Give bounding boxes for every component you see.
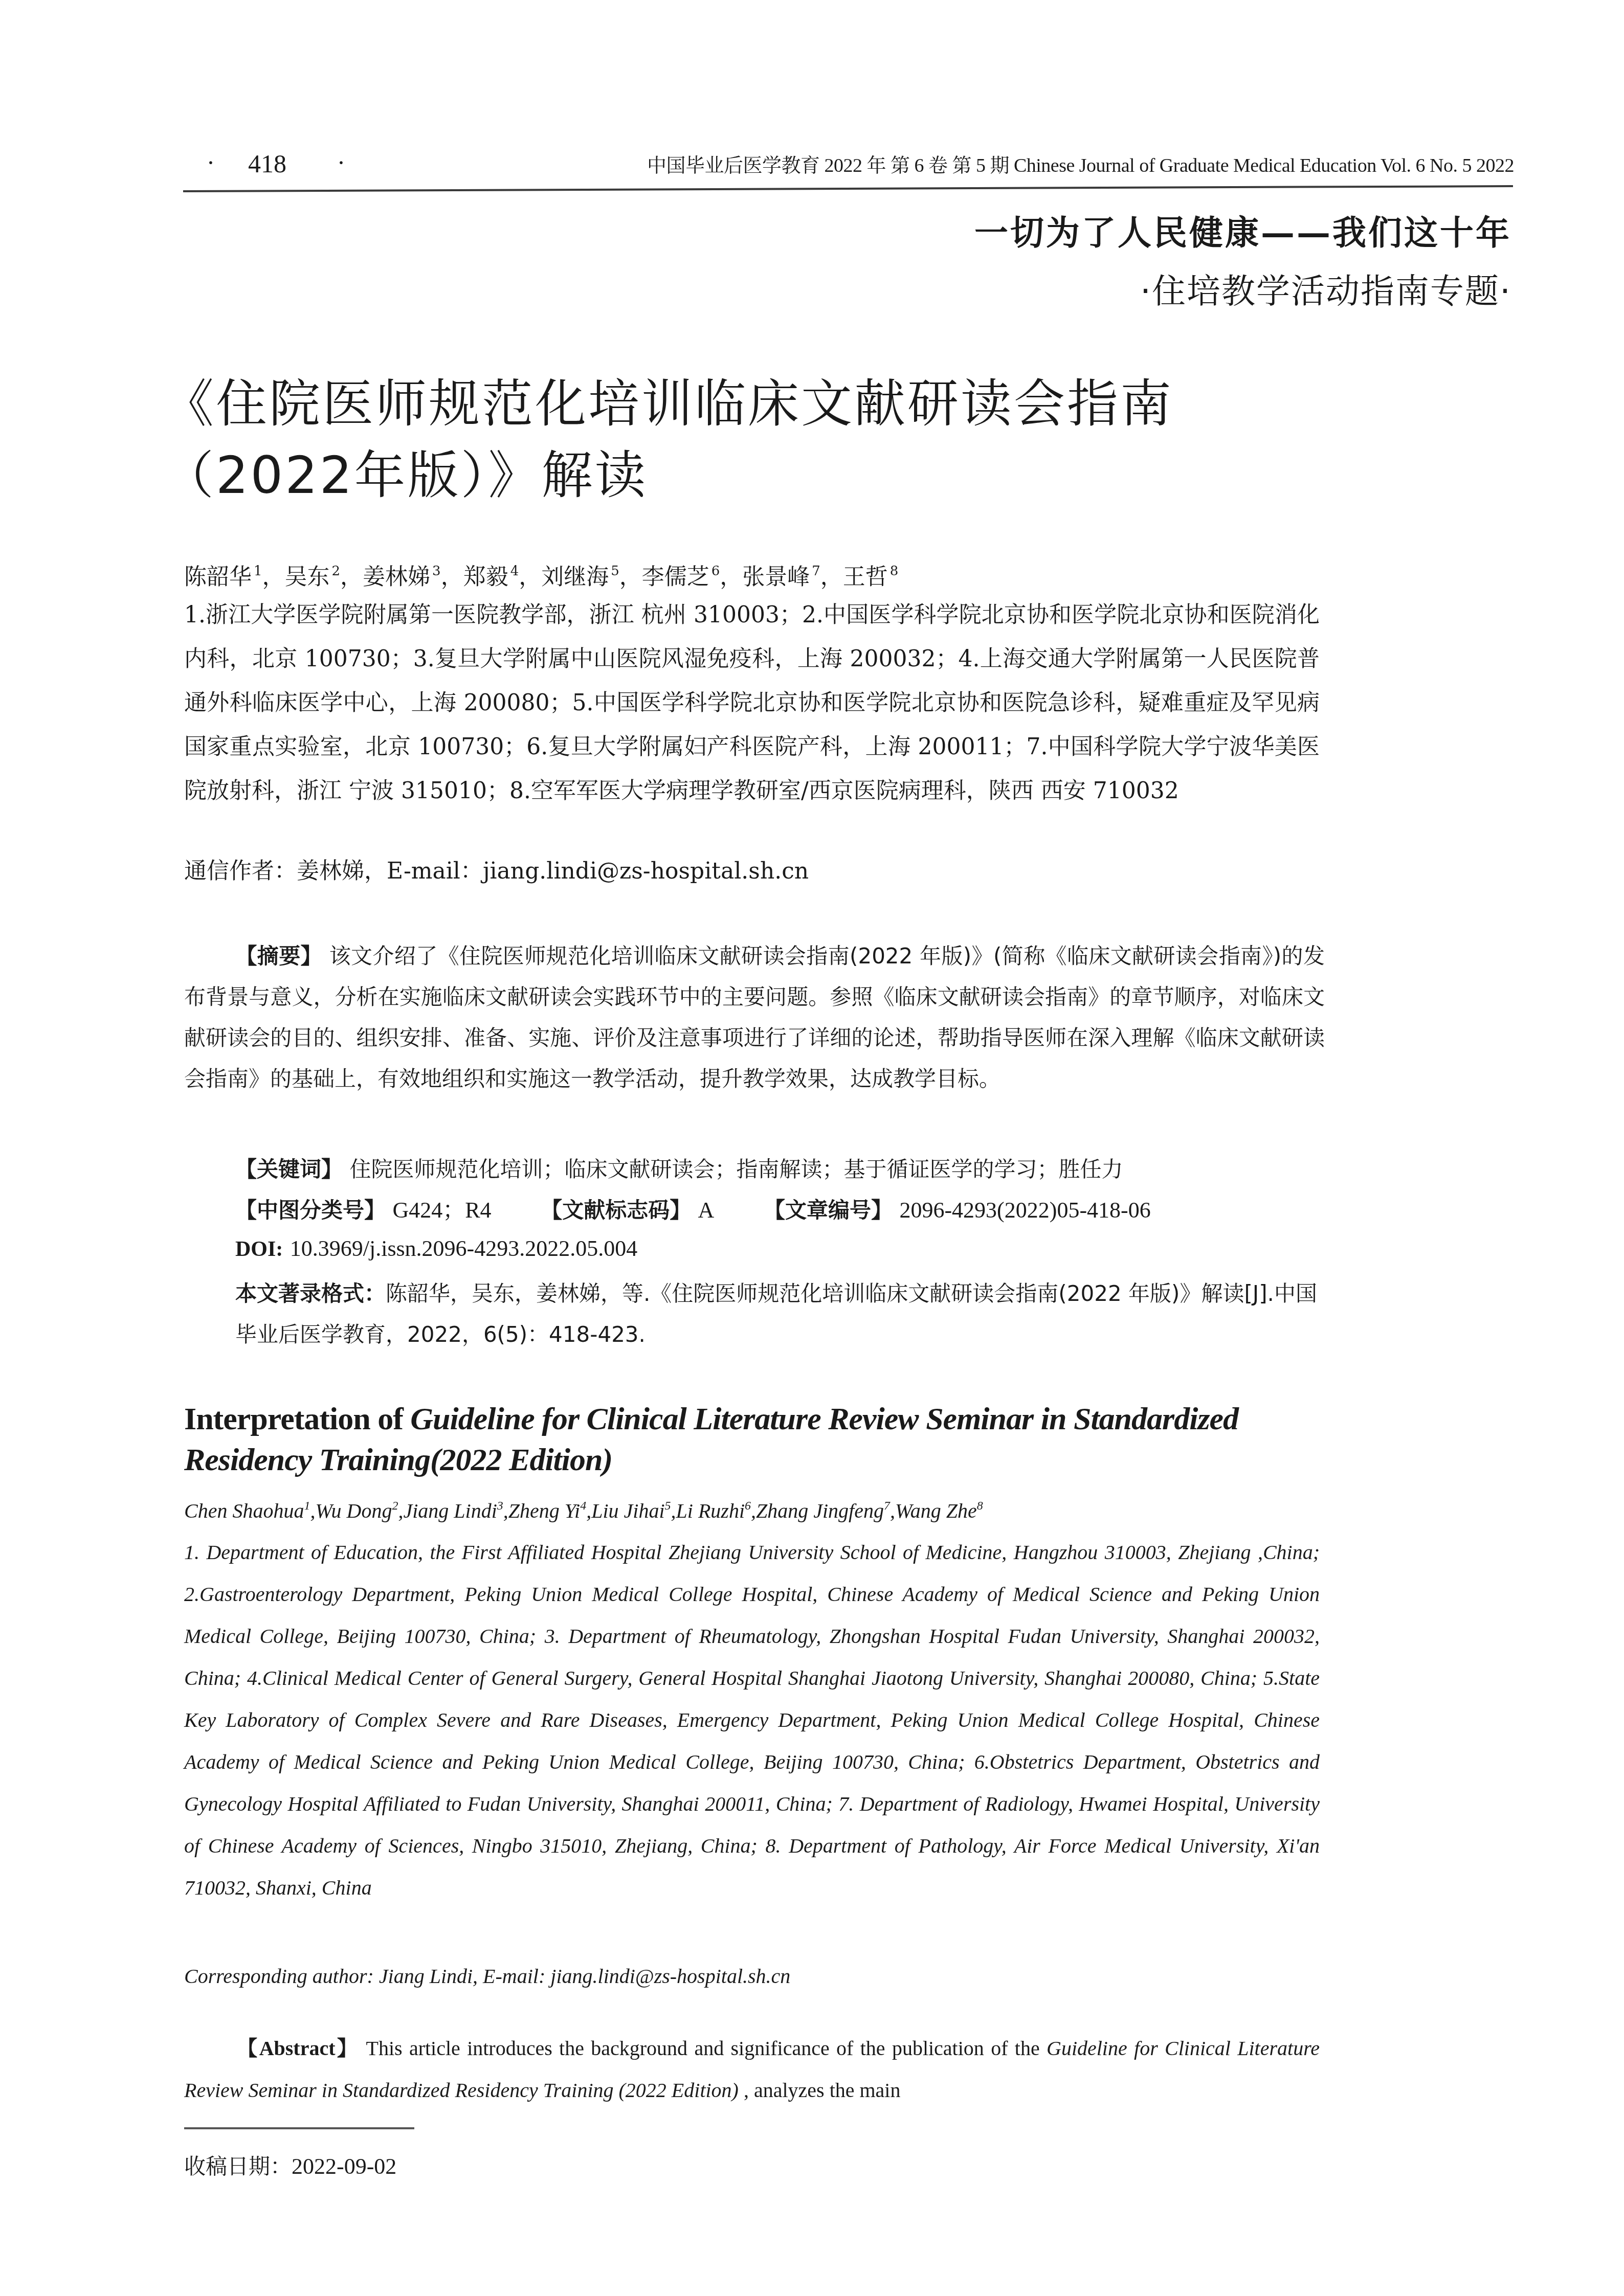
article-title-en: Interpretation of Guideline for Clinical… bbox=[184, 1399, 1330, 1480]
title-line-1: 《住院医师规范化培训临床文献研读会指南 bbox=[163, 374, 1173, 434]
title-line-2: （2022年版）》解读 bbox=[163, 445, 648, 505]
footnote-divider bbox=[184, 2127, 414, 2129]
article-no-value: 2096-4293(2022)05-418-06 bbox=[899, 1198, 1150, 1223]
author: Wang Zhe8 bbox=[895, 1499, 983, 1522]
classification-row: 【中图分类号】 G424；R4 【文献标志码】 A 【文章编号】 2096-42… bbox=[235, 1194, 1151, 1227]
article-title-cn: 《住院医师规范化培训临床文献研读会指南 （2022年版）》解读 bbox=[163, 368, 1390, 511]
author: 郑毅4 bbox=[463, 564, 519, 590]
abstract-text: 该文介绍了《住院医师规范化培训临床文献研读会指南(2022 年版)》(简称《临床… bbox=[184, 943, 1325, 1091]
doi-label: DOI: bbox=[235, 1237, 283, 1261]
affiliations-en: 1. Department of Education, the First Af… bbox=[184, 1532, 1320, 1909]
received-value: 2022-09-02 bbox=[292, 2154, 396, 2179]
abstract-en: 【Abstract】 This article introduces the b… bbox=[184, 2028, 1320, 2111]
corresponding-author-en: Corresponding author: Jiang Lindi, E-mai… bbox=[184, 1961, 790, 1992]
received-date: 收稿日期：2022-09-02 bbox=[184, 2150, 396, 2183]
author: 张景峰7 bbox=[742, 564, 820, 590]
doc-code-value: A bbox=[698, 1198, 715, 1223]
citation-text: 陈韶华，吴东，姜林娣，等.《住院医师规范化培训临床文献研读会指南(2022 年版… bbox=[235, 1281, 1317, 1347]
corresponding-author-cn: 通信作者：姜林娣，E-mail：jiang.lindi@zs-hospital.… bbox=[184, 855, 809, 888]
citation-format: 本文著录格式：陈韶华，吴东，姜林娣，等.《住院医师规范化培训临床文献研读会指南(… bbox=[235, 1273, 1325, 1355]
author: Zheng Yi4 bbox=[508, 1499, 586, 1522]
article-no-label: 【文章编号】 bbox=[764, 1198, 893, 1223]
author: 陈韶华1 bbox=[184, 564, 262, 590]
affiliations-cn: 1.浙江大学医学院附属第一医院教学部，浙江 杭州 310003；2.中国医学科学… bbox=[184, 593, 1320, 813]
column-theme: 一切为了人民健康——我们这十年 bbox=[974, 210, 1511, 256]
abstract-label: 【摘要】 bbox=[235, 943, 322, 969]
doi-value[interactable]: 10.3969/j.issn.2096-4293.2022.05.004 bbox=[290, 1236, 638, 1261]
running-header: · 418 · 中国毕业后医学教育 2022 年 第 6 卷 第 5 期 Chi… bbox=[184, 143, 1514, 184]
citation-label: 本文著录格式： bbox=[235, 1281, 386, 1306]
author: 刘继海5 bbox=[541, 564, 619, 590]
keywords-label: 【关键词】 bbox=[235, 1157, 343, 1182]
doi-row: DOI: 10.3969/j.issn.2096-4293.2022.05.00… bbox=[235, 1232, 637, 1266]
author: Jiang Lindi3 bbox=[403, 1499, 503, 1522]
clc-label: 【中图分类号】 bbox=[235, 1198, 386, 1223]
received-label: 收稿日期： bbox=[184, 2154, 292, 2179]
author: 姜林娣3 bbox=[363, 564, 441, 590]
author-list-en: Chen Shaohua1,Wu Dong2,Jiang Lindi3,Zhen… bbox=[184, 1491, 983, 1526]
author: Zhang Jingfeng7 bbox=[756, 1499, 890, 1522]
abstract-label-en: 【Abstract】 bbox=[235, 2037, 359, 2060]
author: 吴东2 bbox=[285, 564, 341, 590]
keywords-cn: 【关键词】 住院医师规范化培训；临床文献研读会；指南解读；基于循证医学的学习；胜… bbox=[235, 1153, 1123, 1186]
abstract-cn: 【摘要】 该文介绍了《住院医师规范化培训临床文献研读会指南(2022 年版)》(… bbox=[184, 936, 1325, 1099]
clc-value: G424；R4 bbox=[392, 1198, 491, 1223]
author: Liu Jihai5 bbox=[591, 1499, 671, 1522]
bullet-dot: · bbox=[207, 148, 214, 179]
keywords-text: 住院医师规范化培训；临床文献研读会；指南解读；基于循证医学的学习；胜任力 bbox=[349, 1157, 1123, 1182]
author: 李儒芝6 bbox=[642, 564, 720, 590]
column-topic: ·住培教学活动指南专题· bbox=[1140, 268, 1511, 314]
author: Chen Shaohua1 bbox=[184, 1499, 310, 1522]
author: 王哲8 bbox=[843, 564, 899, 590]
page-number: 418 bbox=[248, 148, 286, 179]
doc-code-label: 【文献标志码】 bbox=[541, 1198, 691, 1223]
header-divider bbox=[183, 185, 1513, 192]
author-list-cn: 陈韶华1，吴东2，姜林娣3，郑毅4，刘继海5，李儒芝6，张景峰7，王哲8 bbox=[184, 555, 898, 594]
journal-info: 中国毕业后医学教育 2022 年 第 6 卷 第 5 期 Chinese Jou… bbox=[647, 151, 1514, 180]
author: Li Ruzhi6 bbox=[676, 1499, 751, 1522]
bullet-dot: · bbox=[338, 148, 345, 179]
author: Wu Dong2 bbox=[315, 1499, 398, 1522]
